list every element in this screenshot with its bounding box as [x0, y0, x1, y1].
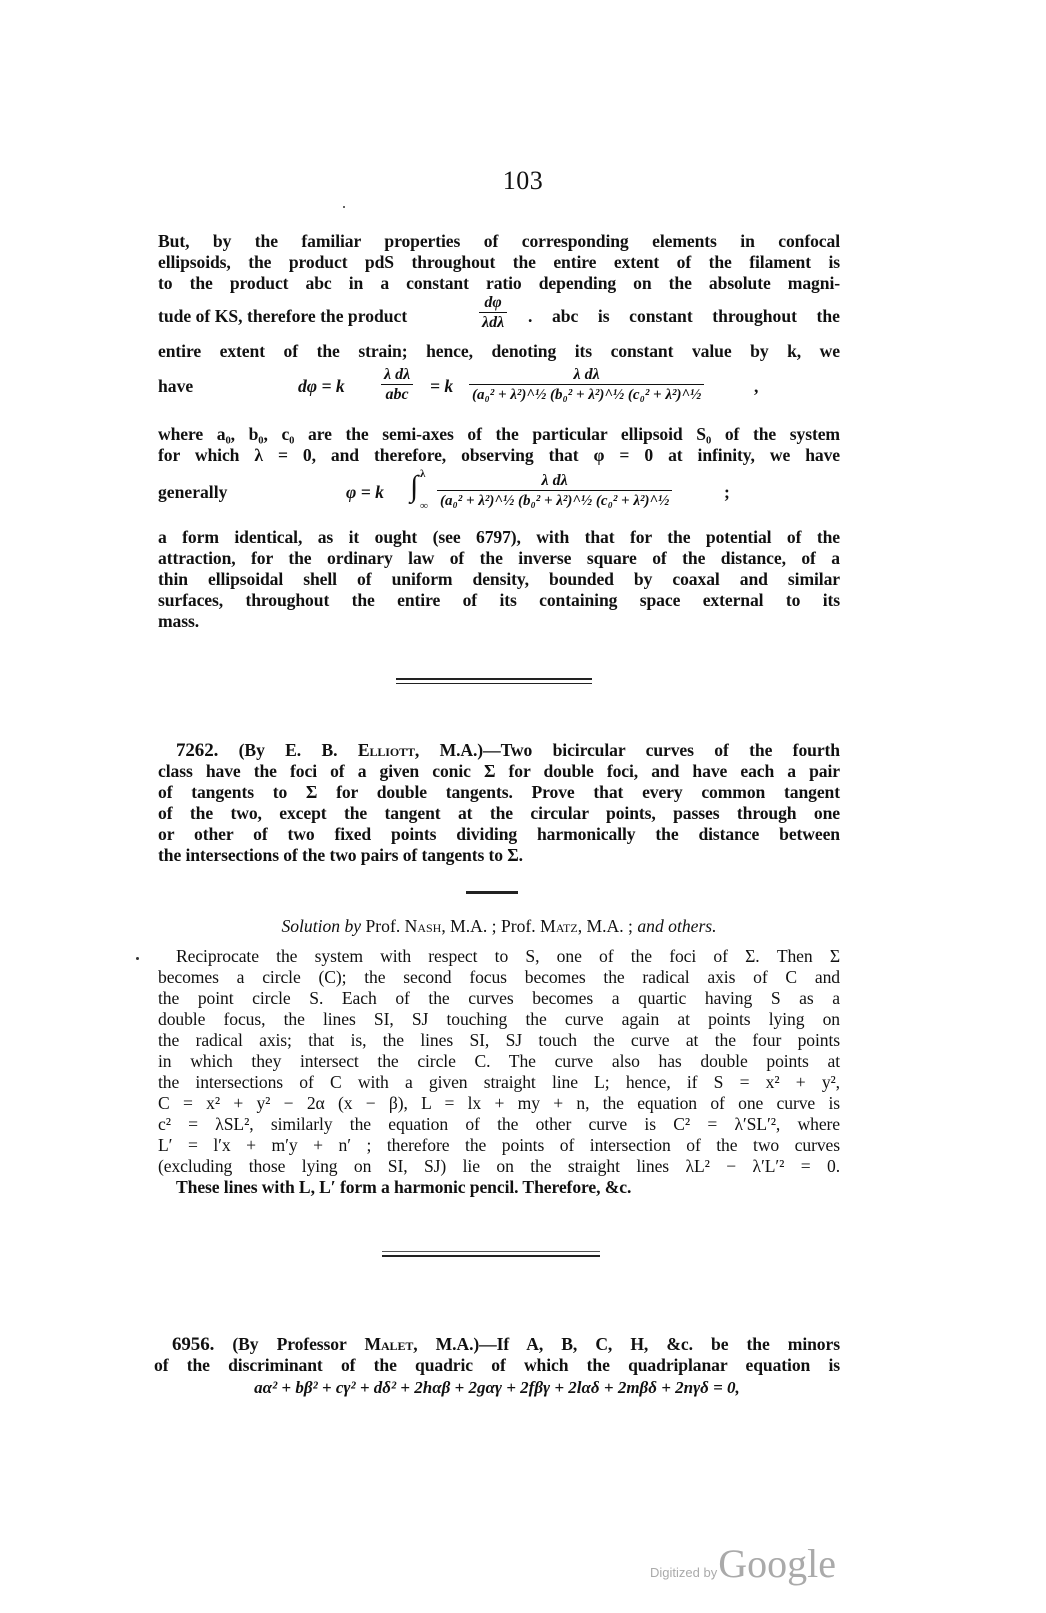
equation-2: generally φ = k ∫ λ ∞ λ dλ (a₀² + λ²)^½ …	[158, 470, 858, 512]
text-fragment: . abc is constant throughout the	[528, 306, 840, 327]
question-header-line: 7262. (By E. B. Elliott, M.A.)—Two bicir…	[158, 740, 840, 761]
author-prefix: (By E. B.	[239, 740, 338, 760]
speck	[136, 957, 139, 960]
author-suffix: , M.A.)—If A, B, C, H, &c. be the minors	[413, 1334, 840, 1354]
text-line: mass.	[158, 611, 840, 632]
text-line: class have the foci of a given conic Σ f…	[158, 761, 840, 782]
text-line: becomes a circle (C); the second focus b…	[158, 967, 840, 988]
author-prefix: (By Professor	[232, 1334, 346, 1354]
section1-after-eq1: where a₀, b₀, c₀ are the semi-axes of th…	[158, 424, 840, 466]
integral-sign: ∫	[410, 470, 418, 504]
and-others-label: and others.	[637, 916, 716, 936]
section1-line-fraction: tude of KS, therefore the product dφ λdλ…	[158, 294, 840, 336]
text-line: L′ = l′x + m′y + n′ ; therefore the poin…	[158, 1135, 840, 1156]
text-line: in which they intersect the circle C. Th…	[158, 1051, 840, 1072]
text-fragment: tude of KS, therefore the product	[158, 306, 407, 327]
integral-upper: λ	[420, 468, 425, 480]
watermark-prefix: Digitized by	[650, 1565, 717, 1580]
text-line: the intersections of C with a given stra…	[158, 1072, 840, 1093]
question-7262: 7262. (By E. B. Elliott, M.A.)—Two bicir…	[158, 740, 840, 866]
text-line: or other of two fixed points dividing ha…	[158, 824, 840, 845]
fraction: λ dλ (a₀² + λ²)^½ (b₀² + λ²)^½ (c₀² + λ²…	[437, 472, 672, 510]
text-line: to the product abc in a constant ratio d…	[158, 273, 840, 294]
question-header-line: 6956. (By Professor Malet, M.A.)—If A, B…	[154, 1334, 840, 1355]
text-line: attraction, for the ordinary law of the …	[158, 548, 840, 569]
equation-label: generally	[158, 482, 227, 503]
text-line: of the two, except the tangent at the ci…	[158, 803, 840, 824]
heading-text: Prof.	[366, 916, 401, 936]
heading-text: , M.A. ;	[578, 916, 633, 936]
equation-end: ,	[754, 376, 758, 397]
fraction-dphi-lambda: dφ λdλ	[479, 294, 507, 332]
text-line: (excluding those lying on SI, SJ) lie on…	[158, 1156, 840, 1177]
author-name: Malet	[364, 1334, 413, 1354]
text-line: for which λ = 0, and therefore, observin…	[158, 445, 840, 466]
text-line: of tangents to Σ for double tangents. Pr…	[158, 782, 840, 803]
equation-end: ;	[724, 482, 730, 503]
fraction-numerator: λ dλ	[381, 366, 413, 384]
equation-lhs: dφ = k	[298, 376, 345, 397]
fraction-denominator: (a₀² + λ²)^½ (b₀² + λ²)^½ (c₀² + λ²)^½	[437, 490, 672, 510]
text-line: of the discriminant of the quadric of wh…	[154, 1355, 840, 1376]
text-line: a form identical, as it ought (see 6797)…	[158, 527, 840, 548]
text-line: entire extent of the strain; hence, deno…	[158, 341, 840, 362]
solver-name: Matz	[540, 916, 578, 936]
short-divider	[466, 891, 518, 894]
section-divider-double-bottom	[396, 683, 592, 684]
section1-paragraph: But, by the familiar properties of corre…	[158, 231, 840, 294]
equation-label: have	[158, 376, 193, 397]
heading-text: , M.A. ; Prof.	[441, 916, 535, 936]
solver-name: Nash	[405, 916, 442, 936]
fraction-denominator: λdλ	[479, 312, 507, 332]
solution-heading: Solution by Prof. Nash, M.A. ; Prof. Mat…	[158, 916, 840, 937]
solution-by-label: Solution by	[281, 916, 361, 936]
equation-lhs: φ = k	[346, 482, 384, 503]
text-line: Reciprocate the system with respect to S…	[158, 946, 840, 967]
text-line: thin ellipsoidal shell of uniform densit…	[158, 569, 840, 590]
quadric-equation: aα² + bβ² + cγ² + dδ² + 2hαβ + 2gαγ + 2f…	[154, 1378, 840, 1398]
fraction-denominator: abc	[381, 384, 413, 404]
section1-after-eq2: a form identical, as it ought (see 6797)…	[158, 527, 840, 632]
section-divider-double-top	[382, 1251, 600, 1252]
text-line: C = x² + y² − 2α (x − β), L = lx + my + …	[158, 1093, 840, 1114]
question-number: 6956.	[172, 1334, 214, 1355]
integral-lower: ∞	[420, 500, 428, 512]
fraction-denominator: (a₀² + λ²)^½ (b₀² + λ²)^½ (c₀² + λ²)^½	[469, 384, 704, 404]
author-suffix: , M.A.)—Two bicircular curves of the fou…	[415, 740, 840, 760]
text-line: ellipsoids, the product pdS throughout t…	[158, 252, 840, 273]
question-6956: 6956. (By Professor Malet, M.A.)—If A, B…	[154, 1334, 840, 1376]
text-line: surfaces, throughout the entire of its c…	[158, 590, 840, 611]
text-line: These lines with L, L′ form a harmonic p…	[158, 1177, 840, 1198]
speck	[343, 206, 345, 208]
fraction: λ dλ abc	[381, 366, 413, 404]
equation-1: have dφ = k λ dλ abc = k λ dλ (a₀² + λ²)…	[158, 364, 858, 406]
google-logo: Google	[718, 1541, 836, 1586]
fraction: λ dλ (a₀² + λ²)^½ (b₀² + λ²)^½ (c₀² + λ²…	[469, 366, 704, 404]
text-line: where a₀, b₀, c₀ are the semi-axes of th…	[158, 424, 840, 445]
section1-line5: entire extent of the strain; hence, deno…	[158, 341, 840, 362]
text-line: double focus, the lines SI, SJ touching …	[158, 1009, 840, 1030]
page-number: 103	[0, 166, 1046, 196]
author-name: Elliott	[358, 740, 415, 760]
google-watermark: Digitized byGoogle	[650, 1540, 836, 1587]
question-number: 7262.	[176, 740, 218, 761]
text-line: But, by the familiar properties of corre…	[158, 231, 840, 252]
text-line: the point circle S. Each of the curves b…	[158, 988, 840, 1009]
equation-mid: = k	[430, 376, 453, 397]
section-divider-double-bottom	[382, 1255, 600, 1257]
text-line: the intersections of the two pairs of ta…	[158, 845, 840, 866]
fraction-numerator: λ dλ	[437, 472, 672, 490]
text-line: c² = λSL², similarly the equation of the…	[158, 1114, 840, 1135]
section-divider-double-top	[396, 678, 592, 680]
fraction-numerator: dφ	[479, 294, 507, 312]
fraction-numerator: λ dλ	[469, 366, 704, 384]
text-line: the radical axis; that is, the lines SI,…	[158, 1030, 840, 1051]
solution-7262-body: Reciprocate the system with respect to S…	[158, 946, 840, 1198]
